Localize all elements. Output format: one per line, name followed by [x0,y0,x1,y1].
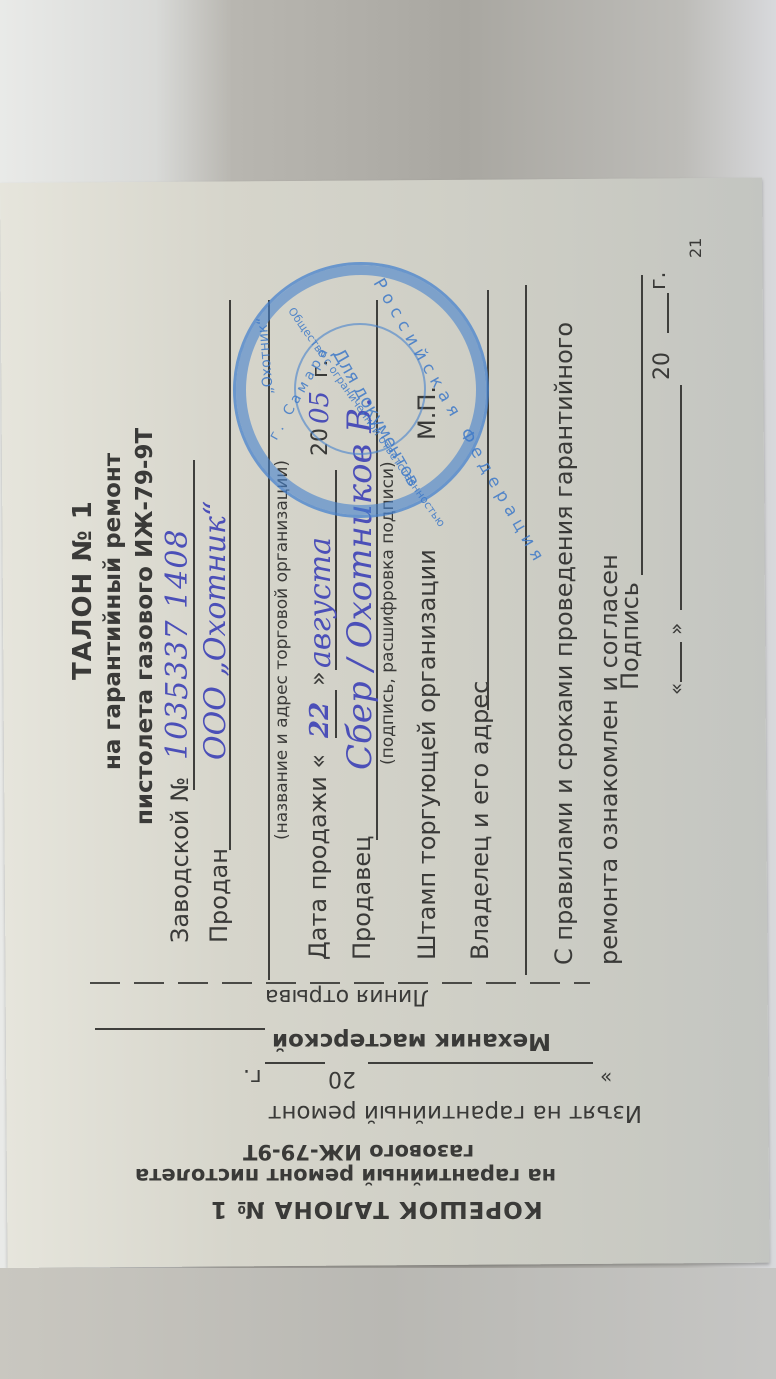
page-number: 21 [686,238,705,258]
sale-date-day: 22 [305,702,335,738]
sale-date-label: Дата продажи « [304,754,332,960]
talon-subtitle-line2: пистолета газового ИЖ-79-9Т [132,428,158,825]
signature-field[interactable] [641,275,643,575]
signature-label: Подпись [616,582,644,690]
date-close-quote: » [664,623,688,635]
stub-title: КОРЕШОК ТАЛОНА № 1 [210,1196,543,1222]
stub-date-close-quote: » [600,1066,612,1090]
date-year-prefix: 20 [650,352,675,380]
seal-side-text: „Охотник“ [254,317,277,395]
agreement-line1: С правилами и сроками проведения гаранти… [550,322,578,965]
company-seal-stamp: Российская Федерация Общество с ограниче… [233,262,489,518]
serial-value: 1035337 1408 [160,529,195,761]
stub-date-year-suffix: г. [243,1064,262,1089]
sale-date-day-line [335,690,337,738]
date-month-field[interactable] [680,385,682,610]
stub-date-year-prefix: 20 [328,1066,356,1091]
sold-value: ООО „Охотник“ [198,501,233,760]
owner-underline [487,290,489,710]
stub-subtitle-line2: газового ИЖ-79-9Т [243,1140,474,1164]
serial-label: Заводской № [166,777,194,943]
date-day-field[interactable] [680,642,682,682]
stub-date-year-field[interactable] [265,1062,325,1064]
stub-mechanic-underline [95,1028,265,1030]
stamp-label: Штамп торгующей организации [413,549,441,960]
date-year-field[interactable] [667,293,669,333]
owner-second-line [525,285,527,975]
sale-date-month: августа [303,537,338,668]
stub-subtitle-line1: на гарантийный ремонт пистолета [135,1164,556,1188]
talon-subtitle-line1: на гарантийный ремонт [100,453,126,770]
date-open-quote: « [664,683,688,695]
sale-date-close-quote: » [304,671,332,686]
stub-mechanic-label: Механик мастерской [272,1028,551,1054]
sold-caption: (название и адрес торговой организации) [272,460,292,840]
page-edge-shadow [0,1268,776,1379]
owner-label: Владелец и его адрес [466,681,494,960]
stub-withdrawn-label: Изъят на гарантийный ремонт [268,1100,642,1126]
sold-label: Продан [205,848,233,943]
date-year-suffix: г. [646,271,671,290]
stub-date-month-field[interactable] [368,1062,593,1064]
seller-label: Продавец [348,835,376,960]
background-surface [0,0,776,190]
tear-line-label: Линия отрыва [265,984,429,1009]
talon-title: ТАЛОН № 1 [68,500,98,680]
